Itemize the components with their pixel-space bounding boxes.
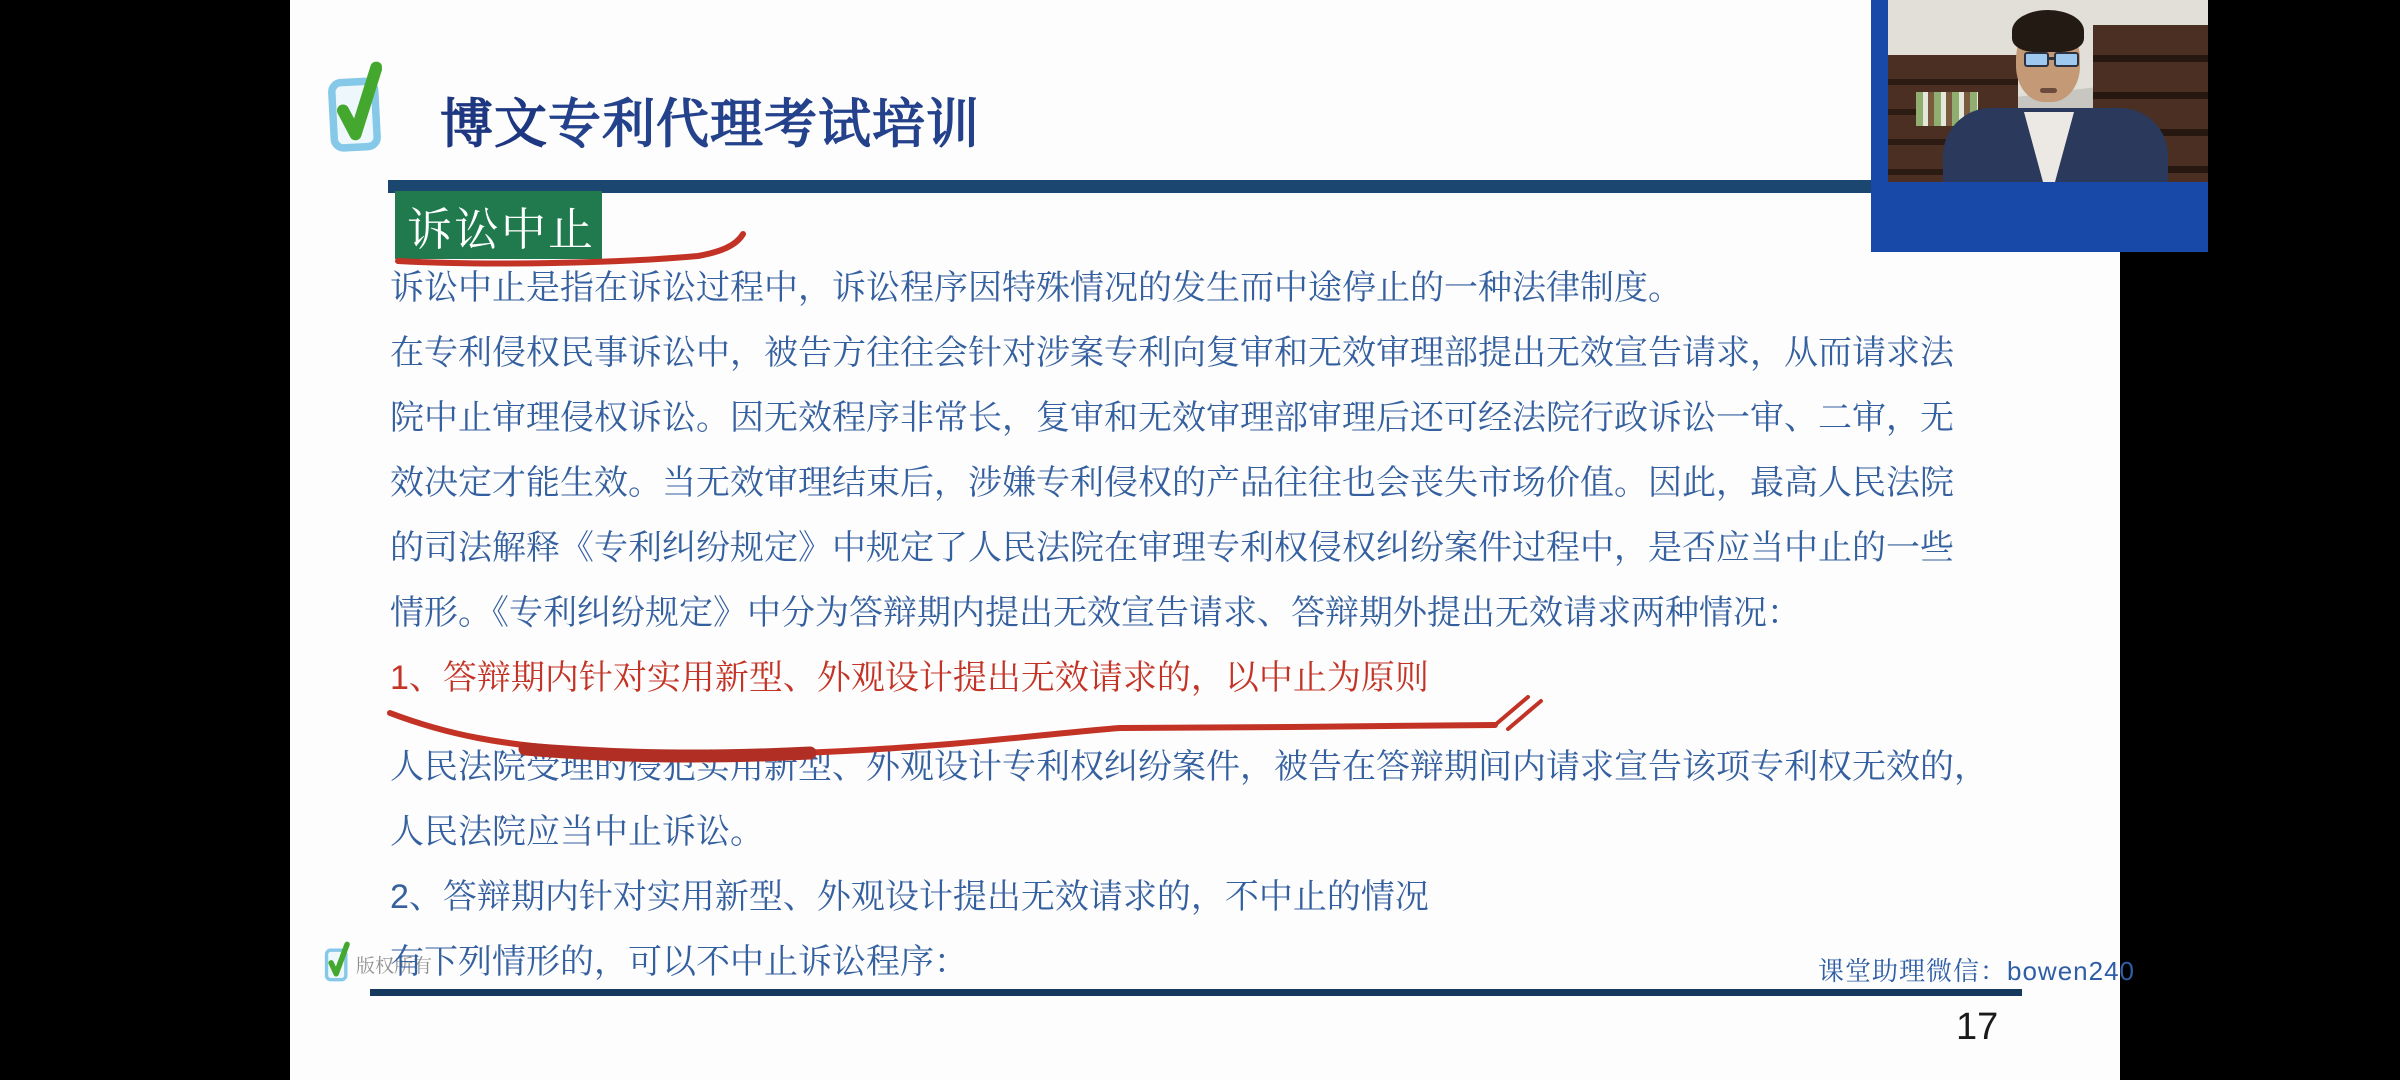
body-line: 效决定才能生效。当无效审理结束后，涉嫌专利侵权的产品往往也会丧失市场价值。因此，… bbox=[390, 451, 1988, 516]
body-line: 的司法解释《专利纠纷规定》中规定了人民法院在审理专利权侵权纠纷案件过程中，是否应… bbox=[390, 516, 1988, 581]
page-number: 17 bbox=[1956, 1006, 1998, 1049]
body-line: 在专利侵权民事诉讼中，被告方往往会针对涉案专利向复审和无效审理部提出无效宣告请求… bbox=[390, 321, 1988, 386]
body-line: 人民法院受理的侵犯实用新型、外观设计专利权纠纷案件，被告在答辩期间内请求宣告该项… bbox=[390, 735, 1988, 800]
webcam-panel bbox=[1871, 0, 2208, 252]
presenter-mouth bbox=[2040, 88, 2057, 93]
presenter-hair bbox=[2012, 10, 2084, 52]
body-line: 诉讼中止是指在诉讼过程中，诉讼程序因特殊情况的发生而中途停止的一种法律制度。 bbox=[390, 256, 1988, 321]
body-line: 有下列情形的，可以不中止诉讼程序： bbox=[390, 930, 1988, 995]
topic-label-box: 诉讼中止 bbox=[395, 191, 602, 259]
video-frame: 博文专利代理考试培训 诉讼中止 诉讼中止是指在诉讼过程中，诉讼程序因特殊情况的发… bbox=[0, 0, 2400, 1080]
page-title: 博文专利代理考试培训 bbox=[440, 82, 980, 158]
glasses-lens-left bbox=[2024, 52, 2049, 67]
title-rest: 专利代理考试培训 bbox=[548, 95, 980, 154]
checkbox-logo-icon bbox=[326, 59, 387, 158]
header-divider bbox=[388, 180, 2120, 193]
body-line: 2、答辩期内针对实用新型、外观设计提出无效请求的，不中止的情况 bbox=[390, 865, 1988, 930]
brand-name: 博文 bbox=[440, 95, 548, 154]
presenter-video bbox=[1888, 0, 2208, 182]
glasses-bridge bbox=[2048, 57, 2056, 60]
slide: 博文专利代理考试培训 诉讼中止 诉讼中止是指在诉讼过程中，诉讼程序因特殊情况的发… bbox=[290, 0, 2120, 1080]
topic-label: 诉讼中止 bbox=[407, 193, 595, 258]
body-line: 人民法院应当中止诉讼。 bbox=[390, 800, 1988, 865]
slide-body: 诉讼中止是指在诉讼过程中，诉讼程序因特殊情况的发生而中途停止的一种法律制度。 在… bbox=[390, 256, 1988, 995]
glasses-lens-right bbox=[2054, 52, 2079, 67]
body-line: 院中止审理侵权诉讼。因无效程序非常长，复审和无效审理部审理后还可经法院行政诉讼一… bbox=[390, 386, 1988, 451]
body-line: 情形。《专利纠纷规定》中分为答辩期内提出无效宣告请求、答辩期外提出无效请求两种情… bbox=[390, 581, 1988, 646]
footer-checkbox-logo-icon bbox=[320, 941, 354, 983]
body-line-highlighted: 1、答辩期内针对实用新型、外观设计提出无效请求的，以中止为原则 bbox=[390, 646, 1988, 711]
